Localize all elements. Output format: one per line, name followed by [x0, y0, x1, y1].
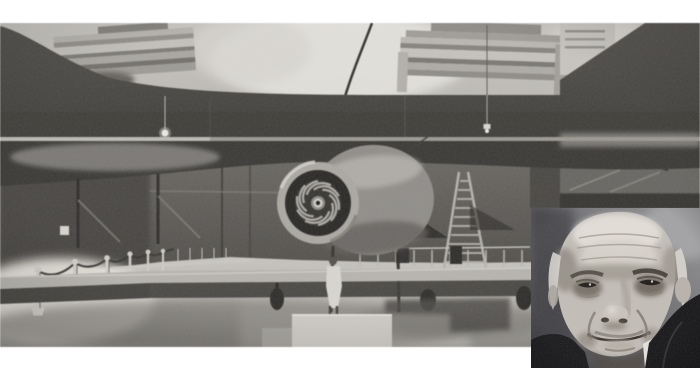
- screenshot-root: [0, 0, 700, 368]
- portrait-art: [531, 208, 700, 368]
- portrait-inset: [531, 208, 700, 368]
- portrait-vignette: [531, 208, 700, 368]
